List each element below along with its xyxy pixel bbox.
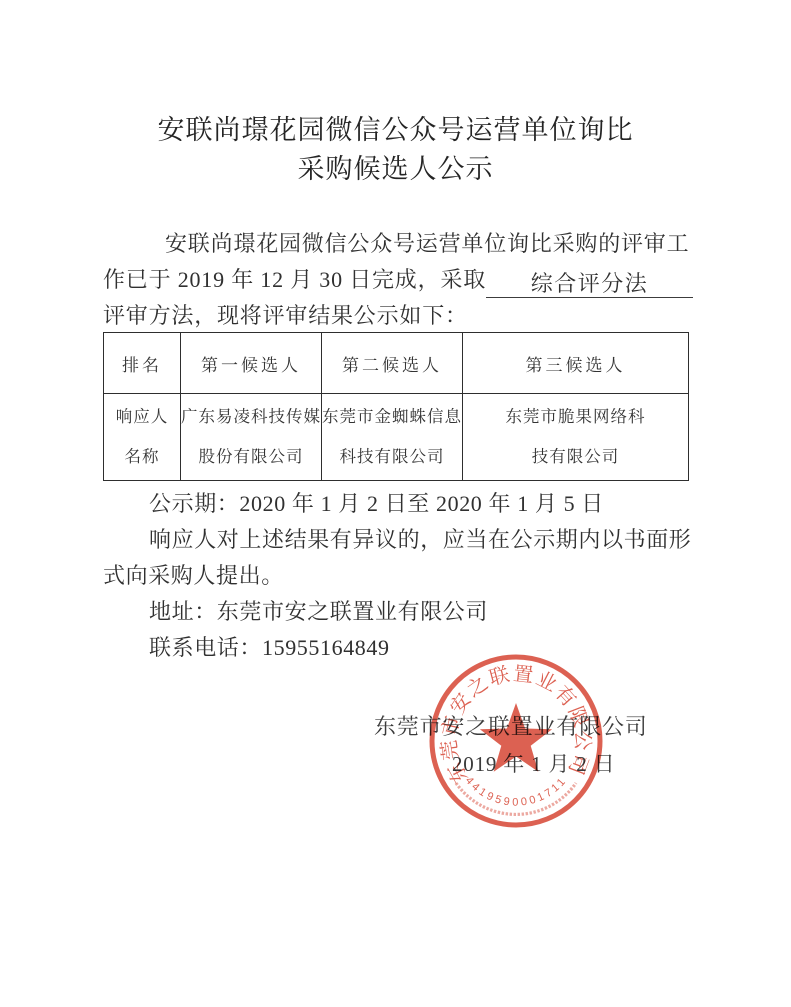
candidate-1-line-2: 股份有限公司	[181, 437, 321, 477]
cell-candidate-2: 东莞市金蜘蛛信息 科技有限公司	[322, 394, 463, 481]
objection-line-1: 响应人对上述结果有异议的，应当在公示期内以书面形	[103, 522, 688, 558]
paragraph-line-2: 作已于 2019 年 12 月 30 日完成，采取综合评分法	[103, 262, 681, 298]
cell-respondent-label: 响应人 名称	[104, 394, 181, 481]
company-seal-stamp: 东莞市安之联置业有限公司 4419590001711	[426, 651, 606, 831]
address-line: 地址：东莞市安之联置业有限公司	[103, 594, 688, 630]
respondent-label-line-2: 名称	[104, 437, 180, 477]
publicity-period-line: 公示期：2020 年 1 月 2 日至 2020 年 1 月 5 日	[103, 486, 688, 522]
candidate-3-line-2: 技有限公司	[463, 437, 688, 477]
cell-candidate-3: 东莞市脆果网络科 技有限公司	[463, 394, 689, 481]
objection-line-2: 式向采购人提出。	[103, 558, 688, 594]
document-title: 安联尚璟花园微信公众号运营单位询比 采购候选人公示	[0, 111, 791, 189]
paragraph-line-1: 安联尚璟花园微信公众号运营单位询比采购的评审工	[103, 226, 681, 262]
seal-star-icon	[480, 703, 552, 772]
notice-block: 公示期：2020 年 1 月 2 日至 2020 年 1 月 5 日 响应人对上…	[103, 486, 688, 666]
candidates-table: 排名 第一候选人 第二候选人 第三候选人 响应人 名称 广东易凌科技传媒 股份有…	[103, 332, 689, 481]
cell-candidate-1: 广东易凌科技传媒 股份有限公司	[181, 394, 322, 481]
evaluation-method-underlined: 综合评分法	[486, 266, 693, 298]
title-line-2: 采购候选人公示	[0, 150, 791, 189]
seal-graphic: 东莞市安之联置业有限公司 4419590001711	[426, 651, 606, 831]
document-page: 安联尚璟花园微信公众号运营单位询比 采购候选人公示 安联尚璟花园微信公众号运营单…	[0, 0, 791, 1007]
header-third-candidate: 第三候选人	[463, 333, 689, 394]
header-second-candidate: 第二候选人	[322, 333, 463, 394]
candidate-3-line-1: 东莞市脆果网络科	[463, 397, 688, 437]
table-row: 响应人 名称 广东易凌科技传媒 股份有限公司 东莞市金蜘蛛信息 科技有限公司 东…	[104, 394, 689, 481]
table-header-row: 排名 第一候选人 第二候选人 第三候选人	[104, 333, 689, 394]
candidate-2-line-1: 东莞市金蜘蛛信息	[322, 397, 462, 437]
header-first-candidate: 第一候选人	[181, 333, 322, 394]
respondent-label-line-1: 响应人	[104, 397, 180, 437]
paragraph-line-2-prefix: 作已于 2019 年 12 月 30 日完成，采取	[103, 267, 486, 292]
candidate-1-line-1: 广东易凌科技传媒	[181, 397, 321, 437]
intro-paragraph: 安联尚璟花园微信公众号运营单位询比采购的评审工 作已于 2019 年 12 月 …	[103, 226, 681, 334]
paragraph-line-3: 评审方法，现将评审结果公示如下：	[103, 298, 681, 334]
header-rank: 排名	[104, 333, 181, 394]
title-line-1: 安联尚璟花园微信公众号运营单位询比	[0, 111, 791, 150]
candidate-2-line-2: 科技有限公司	[322, 437, 462, 477]
